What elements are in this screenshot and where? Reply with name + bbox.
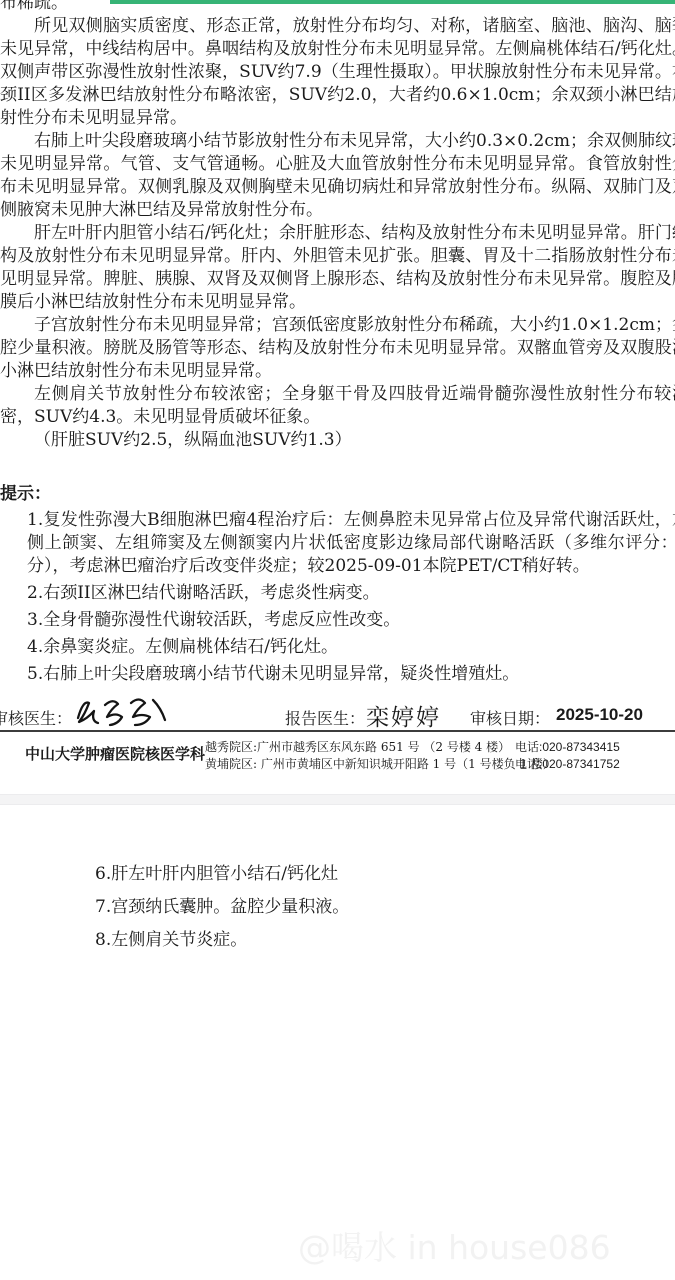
impression-title: 提示： [0, 483, 675, 506]
campus-1-address: 越秀院区:广州市越秀区东风东路 651 号 （2 号楼 4 楼） [205, 740, 510, 754]
impression-item-7: 7.宫颈纳氏囊肿。盆腔少量积液。 [95, 891, 349, 924]
review-date-label: 审核日期： [470, 706, 550, 729]
reporter-name: 栾婷婷 [366, 699, 441, 732]
findings-paragraph-abdomen: 肝左叶肝内胆管小结石/钙化灶；余肝脏形态、结构及放射性分布未见明显异常。肝门结构… [0, 222, 675, 314]
hospital-footer: 中山大学肿瘤医院核医学科 越秀院区:广州市越秀区东风东路 651 号 （2 号楼… [0, 736, 675, 792]
impression-item-8: 8.左侧肩关节炎症。 [95, 924, 349, 957]
campus-2-phone: 电话:020-87341752 [515, 757, 620, 771]
campus-2-address: 黄埔院区: 广州市黄埔区中新知识城开阳路 1 号（1 号楼负 1 楼） [205, 757, 555, 771]
watermark-text: @喝水 in house086 [298, 1222, 611, 1269]
impression-item-4: 4.余鼻窦炎症。左侧扁桃体结石/钙化灶。 [27, 636, 675, 659]
findings-paragraph-pelvis: 子宫放射性分布未见明显异常；宫颈低密度影放射性分布稀疏，大小约1.0×1.2cm… [0, 314, 675, 383]
impression-item-1: 1.复发性弥漫大B细胞淋巴瘤4程治疗后：左侧鼻腔未见异常占位及异常代谢活跃灶，左… [27, 509, 675, 578]
review-date-value: 2025-10-20 [556, 705, 643, 725]
signature-row: 审核医生： 报告医生： 栾婷婷 审核日期： 2025-10-20 [0, 698, 675, 732]
impression-item-3: 3.全身骨髓弥漫性代谢较活跃，考虑反应性改变。 [27, 609, 675, 632]
campus-addresses: 越秀院区:广州市越秀区东风东路 651 号 （2 号楼 4 楼） 黄埔院区: 广… [205, 739, 555, 773]
additional-impression-items: 6.肝左叶肝内胆管小结石/钙化灶 7.宫颈纳氏囊肿。盆腔少量积液。 8.左侧肩关… [95, 858, 349, 957]
findings-paragraph-brain: 所见双侧脑实质密度、形态正常，放射性分布均匀、对称，诸脑室、脑池、脑沟、脑裂未见… [0, 15, 675, 130]
department-name: 中山大学肿瘤医院核医学科 [25, 743, 205, 764]
footer-divider-line [0, 730, 675, 732]
section-gap-band [0, 794, 675, 805]
findings-suv-note: （肝脏SUV约2.5，纵隔血池SUV约1.3） [0, 429, 675, 452]
findings-paragraph-bone: 左侧肩关节放射性分布较浓密；全身躯干骨及四肢骨近端骨髓弥漫性放射性分布较浓密，S… [0, 383, 675, 429]
findings-paragraph-chest: 右肺上叶尖段磨玻璃小结节影放射性分布未见异常，大小约0.3×0.2cm；余双侧肺… [0, 130, 675, 222]
impression-item-2: 2.右颈II区淋巴结代谢略活跃，考虑炎性病变。 [27, 582, 675, 605]
findings-section: 布稀疏。 所见双侧脑实质密度、形态正常，放射性分布均匀、对称，诸脑室、脑池、脑沟… [0, 0, 675, 452]
impression-section: 提示： 1.复发性弥漫大B细胞淋巴瘤4程治疗后：左侧鼻腔未见异常占位及异常代谢活… [0, 483, 675, 690]
report-page: 布稀疏。 所见双侧脑实质密度、形态正常，放射性分布均匀、对称，诸脑室、脑池、脑沟… [0, 0, 675, 1280]
reporter-label: 报告医生： [285, 706, 365, 729]
campus-phones: 电话:020-87343415 电话:020-87341752 [515, 739, 620, 773]
impression-item-6: 6.肝左叶肝内胆管小结石/钙化灶 [95, 858, 349, 891]
findings-fragment-line: 布稀疏。 [0, 0, 675, 15]
reviewer-label: 审核医生： [0, 706, 72, 729]
campus-1-phone: 电话:020-87343415 [515, 740, 620, 754]
impression-item-5: 5.右肺上叶尖段磨玻璃小结节代谢未见明显异常，疑炎性增殖灶。 [27, 663, 675, 686]
